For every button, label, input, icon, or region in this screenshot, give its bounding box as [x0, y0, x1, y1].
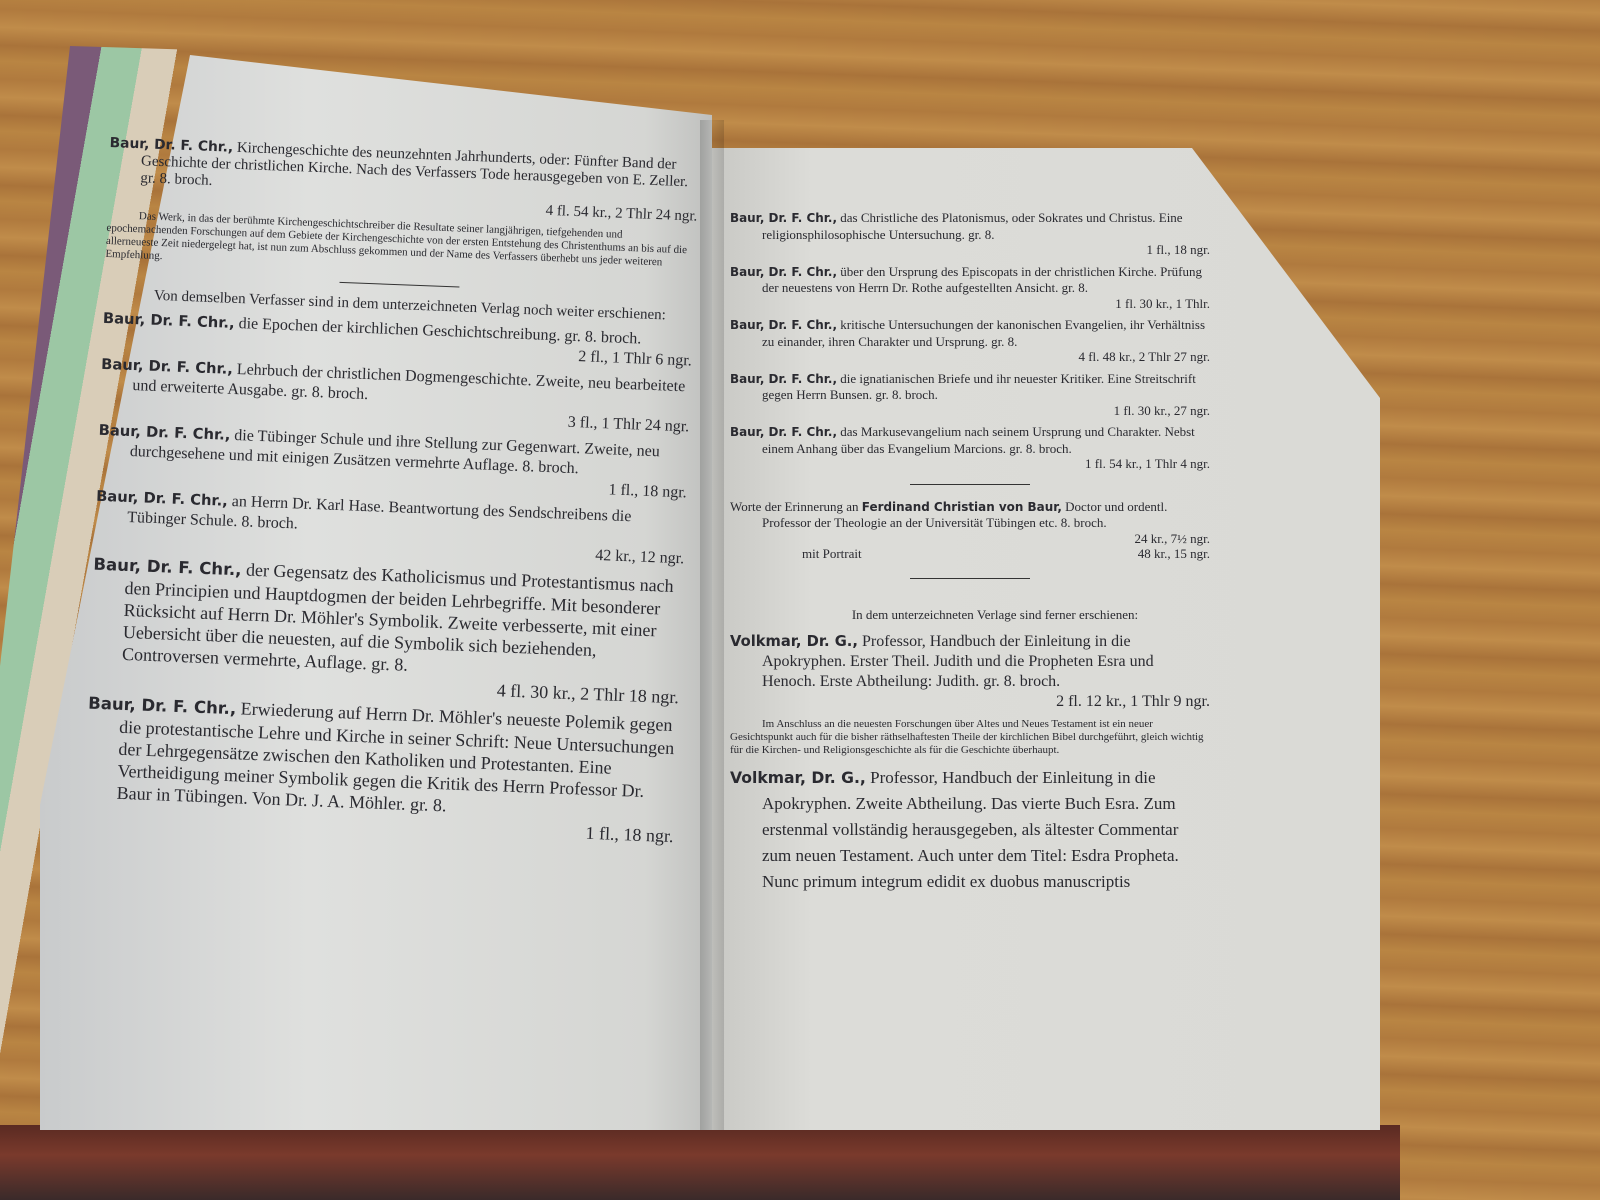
catalog-entry: Baur, Dr. F. Chr., über den Ursprung des… — [730, 264, 1210, 312]
book-gutter — [700, 120, 724, 1130]
book-cover-edge — [0, 1125, 1400, 1200]
entry-author: Baur, Dr. F. Chr., — [730, 265, 837, 279]
portrait-label: mit Portrait — [802, 546, 862, 562]
entry-author: Baur, Dr. F. Chr., — [101, 356, 233, 378]
entry-price: 1 fl. 30 kr., 1 Thlr. — [762, 296, 1210, 312]
divider — [910, 578, 1030, 579]
catalog-entry: Baur, Dr. F. Chr., die ignatianischen Br… — [730, 371, 1210, 419]
entry-price: 1 fl., 18 ngr. — [762, 242, 1210, 258]
memorial-entry: Worte der Erinnerung an Ferdinand Christ… — [730, 499, 1210, 562]
right-page-text: Baur, Dr. F. Chr., das Christliche des P… — [730, 210, 1210, 901]
entry-author: Volkmar, Dr. G., — [730, 633, 858, 650]
entry-author: Baur, Dr. F. Chr., — [730, 425, 837, 439]
entry-author: Baur, Dr. F. Chr., — [109, 135, 233, 156]
catalog-entry: Baur, Dr. F. Chr., der Gegensatz des Kat… — [89, 553, 684, 709]
catalog-entry: Baur, Dr. F. Chr., das Markusevangelium … — [730, 424, 1210, 472]
left-page-text: Baur, Dr. F. Chr., Kirchengeschichte des… — [83, 135, 699, 853]
entry-price: 4 fl. 48 kr., 2 Thlr 27 ngr. — [762, 349, 1210, 365]
portrait-price: 48 kr., 15 ngr. — [1138, 546, 1210, 562]
entry-author: Baur, Dr. F. Chr., — [93, 555, 242, 580]
entry-author: Baur, Dr. F. Chr., — [96, 488, 228, 510]
entry-price: 1 fl. 30 kr., 27 ngr. — [762, 403, 1210, 419]
section-intro: In dem unterzeichneten Verlage sind fern… — [730, 607, 1210, 623]
divider — [339, 282, 459, 288]
catalog-entry: Baur, Dr. F. Chr., kritische Untersuchun… — [730, 317, 1210, 365]
memorial-prefix: Worte der Erinnerung an — [730, 499, 859, 514]
catalog-entry: Baur, Dr. F. Chr., Erwiederung auf Herrn… — [84, 692, 679, 848]
entry-author: Baur, Dr. F. Chr., — [730, 372, 837, 386]
divider — [910, 484, 1030, 485]
catalog-entry: Volkmar, Dr. G., Professor, Handbuch der… — [730, 632, 1210, 712]
entry-price: 1 fl. 54 kr., 1 Thlr 4 ngr. — [762, 456, 1210, 472]
entry-author: Baur, Dr. F. Chr., — [730, 318, 837, 332]
entry-price: 2 fl. 12 kr., 1 Thlr 9 ngr. — [762, 692, 1210, 712]
entry-author: Baur, Dr. F. Chr., — [98, 422, 230, 444]
memorial-price: 24 kr., 7½ ngr. — [762, 531, 1210, 547]
entry-author: Baur, Dr. F. Chr., — [88, 694, 237, 719]
entry-author: Baur, Dr. F. Chr., — [103, 310, 235, 332]
entry-author: Baur, Dr. F. Chr., — [730, 211, 837, 225]
catalog-entry: Baur, Dr. F. Chr., das Christliche des P… — [730, 210, 1210, 258]
entry-author: Volkmar, Dr. G., — [730, 768, 866, 787]
entry-note: Im Anschluss an die neuesten Forschungen… — [730, 718, 1210, 757]
catalog-entry: Volkmar, Dr. G., Professor, Handbuch der… — [730, 765, 1210, 895]
memorial-name: Ferdinand Christian von Baur, — [862, 500, 1062, 514]
